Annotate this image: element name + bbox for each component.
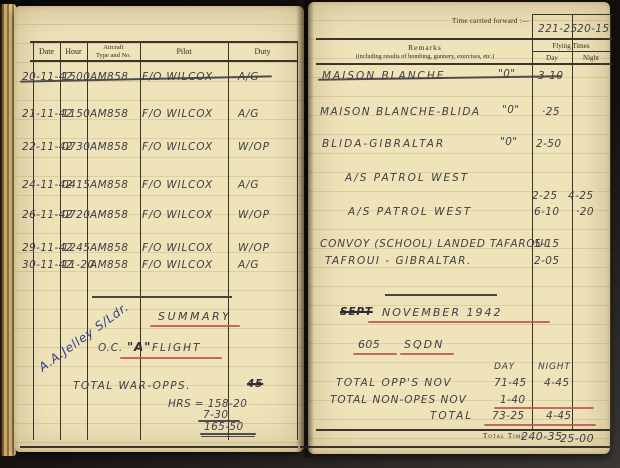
remarks-subheader: (including results of bombing, gunnery, … — [318, 53, 532, 60]
log-hour: 1150 — [62, 108, 90, 120]
summary-line-day: 1-40 — [500, 394, 525, 406]
col-header-hour: Hour — [60, 47, 87, 56]
col-header-duty: Duty — [228, 47, 297, 56]
total-time-day: 240-35 — [521, 430, 562, 443]
log-duty: W/OP — [238, 209, 270, 221]
remark-text: CONVOY (SCHOOL) LANDED TAFAROUI — [320, 238, 548, 250]
hrs-total-underline-1 — [200, 433, 256, 435]
time-day: 6-10 — [534, 206, 559, 218]
col-header-date: Date — [33, 47, 60, 56]
summary-title: SUMMARY — [158, 310, 231, 323]
col-header-pilot: Pilot — [140, 47, 228, 56]
night-header: Night — [572, 54, 610, 62]
log-duty: A/G — [238, 259, 259, 271]
right-vrule-2 — [572, 14, 573, 430]
summary-line-night: 4-45 — [544, 377, 569, 389]
log-aircraft: AM858 — [90, 71, 128, 83]
log-aircraft: AM858 — [90, 209, 128, 221]
log-pilot: F/O WILCOX — [142, 242, 213, 254]
hrs-total: 165-50 — [204, 421, 244, 433]
book-gutter-shadow — [296, 0, 314, 458]
squadron-word: SQDN — [404, 338, 444, 351]
remark-text: TAFROUI - GIBRALTAR. — [325, 255, 472, 267]
log-pilot: F/O WILCOX — [142, 209, 213, 221]
flying-times-header: Flying Times — [532, 42, 610, 50]
total-time-label: Total Time — [483, 432, 525, 440]
remark-text: A/S PATROL WEST — [348, 206, 472, 218]
log-aircraft: AM858 — [90, 141, 128, 153]
carried-forward-night: 20-15 — [577, 23, 610, 35]
left-header-bottom-rule — [30, 60, 298, 62]
log-pilot: F/O WILCOX — [142, 259, 213, 271]
log-aircraft: AM858 — [90, 108, 128, 120]
left-vrule-1 — [33, 42, 34, 440]
remark-code: "0" — [502, 104, 520, 116]
war-opps-struck-value: 45 — [247, 378, 263, 390]
day-header: Day — [532, 54, 572, 62]
squadron-underline-1 — [353, 353, 397, 355]
log-duty: W/OP — [238, 141, 270, 153]
log-hour: 0730 — [62, 141, 90, 153]
log-duty: A/G — [238, 108, 259, 120]
summary-line-label: TOTAL OPP'S NOV — [336, 377, 452, 389]
logbook-spread: Date Hour Aircraft Type and No. Pilot Du… — [0, 0, 620, 468]
oc-label: O.C. — [98, 342, 123, 354]
log-pilot: F/O WILCOX — [142, 108, 213, 120]
col-header-aircraft: Aircraft Type and No. — [87, 44, 140, 59]
time-day: ·25 — [542, 106, 560, 118]
log-aircraft: AM858 — [90, 242, 128, 254]
summary-day-label: DAY — [494, 362, 515, 372]
summary-line-label: TOTAL — [430, 410, 473, 422]
right-total-rule — [316, 429, 612, 431]
right-ft-underrule — [532, 51, 610, 52]
time-day: 2-50 — [536, 138, 561, 150]
total-underline — [484, 424, 596, 426]
month-divider-line — [385, 294, 497, 296]
time-day: 5-15 — [534, 238, 559, 250]
remark-text: A/S PATROL WEST — [345, 172, 469, 184]
summary-underline — [150, 325, 240, 327]
left-vrule-5 — [228, 42, 229, 440]
flight-letter: "A" — [127, 340, 151, 354]
time-night: ·20 — [576, 206, 594, 218]
left-bottom-rule — [20, 446, 298, 448]
total-time-night: 25-00 — [560, 432, 594, 445]
log-aircraft: AM858 — [90, 179, 128, 191]
month-struck: SEPT — [340, 306, 373, 318]
log-aircraft: AM858 — [90, 259, 128, 271]
summary-line-night: 4-45 — [546, 410, 571, 422]
log-pilot: F/O WILCOX — [142, 141, 213, 153]
log-hour: 0415 — [62, 179, 90, 191]
log-hour: 0720 — [62, 209, 90, 221]
remark-text: MAISON BLANCHE-BLIDA — [320, 106, 481, 118]
remark-code: "0" — [500, 136, 518, 148]
squadron-underline-2 — [400, 353, 454, 355]
flight-word: FLIGHT — [152, 342, 201, 354]
log-duty: W/OP — [238, 242, 270, 254]
time-night: 4-25 — [568, 190, 593, 202]
hrs-total-underline-2 — [201, 436, 255, 437]
log-pilot: F/O WILCOX — [142, 179, 213, 191]
summary-line-label: TOTAL NON-OPES NOV — [330, 394, 467, 406]
right-vrule-3 — [610, 14, 611, 430]
left-table-top-rule — [30, 41, 298, 43]
month-underline — [368, 321, 550, 323]
remark-text: BLIDA-GIBRALTAR — [322, 138, 445, 150]
summary-divider-line — [92, 296, 232, 298]
remarks-header: Remarks — [318, 43, 532, 52]
log-hour: 1245 — [62, 242, 90, 254]
right-carried-rule — [316, 38, 612, 40]
summary-night-label: NIGHT — [538, 362, 571, 372]
carried-forward-label: Time carried forward :— — [452, 17, 529, 25]
left-vrule-2 — [60, 42, 61, 440]
non-opes-underline — [494, 407, 594, 409]
summary-line-day: 71-45 — [494, 377, 527, 389]
squadron-number: 605 — [358, 338, 380, 351]
time-day: 2-05 — [534, 255, 559, 267]
right-bottom-rule — [300, 446, 612, 448]
month-title: NOVEMBER 1942 — [382, 306, 502, 319]
time-day: 2-25 — [532, 190, 557, 202]
right-header-bottom-rule — [316, 63, 612, 65]
summary-line-day: 73-25 — [492, 410, 525, 422]
log-duty: A/G — [238, 179, 259, 191]
war-opps-label: TOTAL WAR-OPPS. — [73, 380, 191, 392]
flight-underline — [120, 357, 222, 359]
remark-code: "0" — [498, 68, 516, 80]
